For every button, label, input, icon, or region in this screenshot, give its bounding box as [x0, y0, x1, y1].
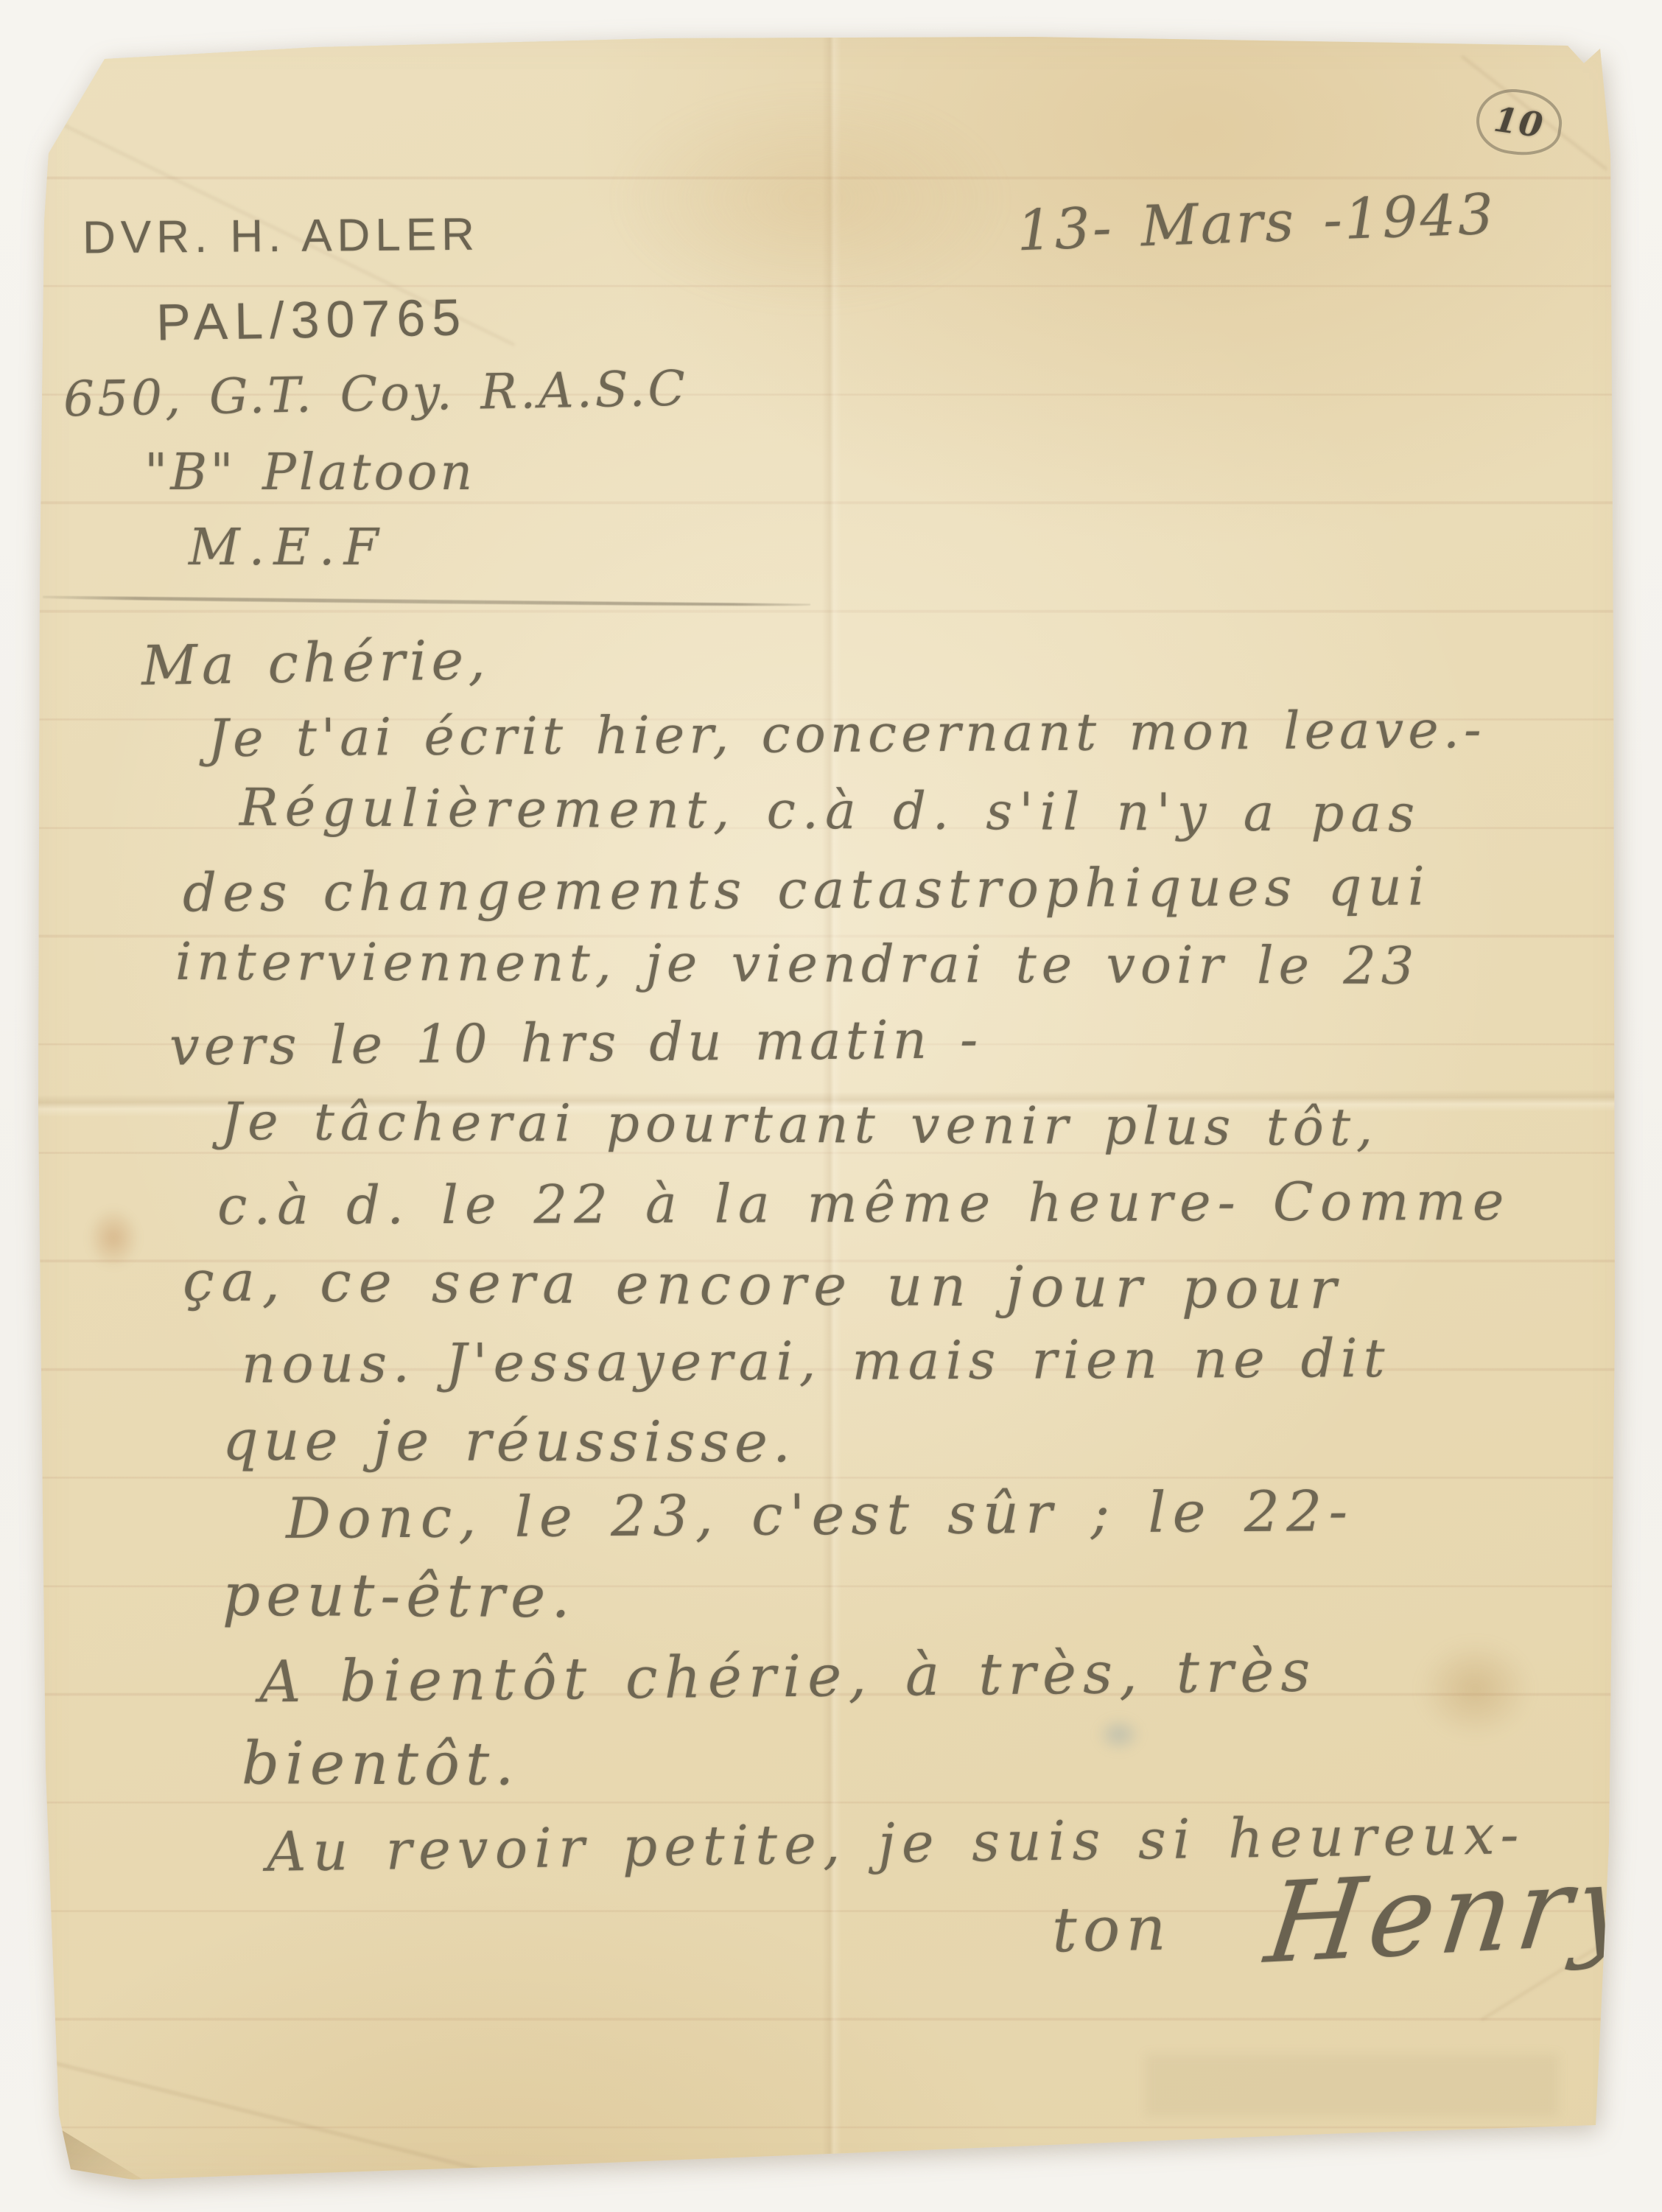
body-line-12: peut-être. — [222, 1564, 576, 1628]
body-line-2: Régulièrement, c.à d. s'il n'y a pas — [239, 781, 1422, 841]
page-number-circle: 10 — [1472, 84, 1565, 160]
diagonal-crease-bottom-left — [29, 2056, 516, 2179]
body-line-7: c.à d. le 22 à la même heure- Comme — [217, 1174, 1511, 1234]
body-line-5: vers le 10 hrs du matin - — [169, 1012, 983, 1074]
closing-word-ton: ton — [1051, 1896, 1172, 1963]
body-line-4: interviennent, je viendrai te voir le 23 — [175, 935, 1420, 993]
body-line-8: ça, ce sera encore un jour pour — [183, 1252, 1344, 1319]
sender-line-platoon: "B" Platoon — [144, 447, 475, 499]
paper-shadow-wrap: 10 13- Mars -1943 DVR. H. ADLER PAL/3076… — [0, 0, 1662, 2212]
page-number: 10 — [1492, 99, 1547, 146]
blue-smudge — [1096, 1717, 1142, 1752]
salutation: Ma chérie, — [141, 632, 490, 696]
body-line-3: des changements catastrophiques qui — [183, 859, 1431, 921]
hand-drawn-underline — [43, 596, 810, 608]
sender-line-name: DVR. H. ADLER — [83, 211, 480, 262]
letter-paper: 10 13- Mars -1943 DVR. H. ADLER PAL/3076… — [0, 0, 1662, 2212]
stain-right-side — [1418, 1639, 1532, 1739]
stain-top-center — [611, 88, 1009, 309]
body-line-1: Je t'ai écrit hier, concernant mon leave… — [208, 703, 1486, 766]
sender-line-service-number: PAL/30765 — [155, 290, 467, 350]
sender-line-mef: M.E.F — [189, 522, 388, 574]
ink-bleed-through — [1146, 2054, 1558, 2116]
body-line-13: A bientôt chérie, à très, très — [259, 1642, 1317, 1713]
letter-date: 13- Mars -1943 — [1016, 185, 1497, 260]
stain-left-edge — [87, 1207, 140, 1269]
body-line-6: Je tâcherai pourtant venir plus tôt, — [221, 1095, 1379, 1155]
body-line-9: nous. J'essayerai, mais rien ne dit — [242, 1331, 1391, 1393]
body-line-10: que je réussisse. — [222, 1411, 796, 1472]
sender-line-company: 650, G.T. Coy. R.A.S.C — [63, 363, 688, 425]
dog-ear-fold — [55, 2116, 143, 2180]
body-line-11: Donc, le 23, c'est sûr ; le 22- — [286, 1482, 1355, 1548]
scanned-letter: 10 13- Mars -1943 DVR. H. ADLER PAL/3076… — [0, 0, 1662, 2212]
signature: Henry — [1260, 1847, 1652, 1984]
body-line-14: bientôt. — [242, 1732, 520, 1795]
